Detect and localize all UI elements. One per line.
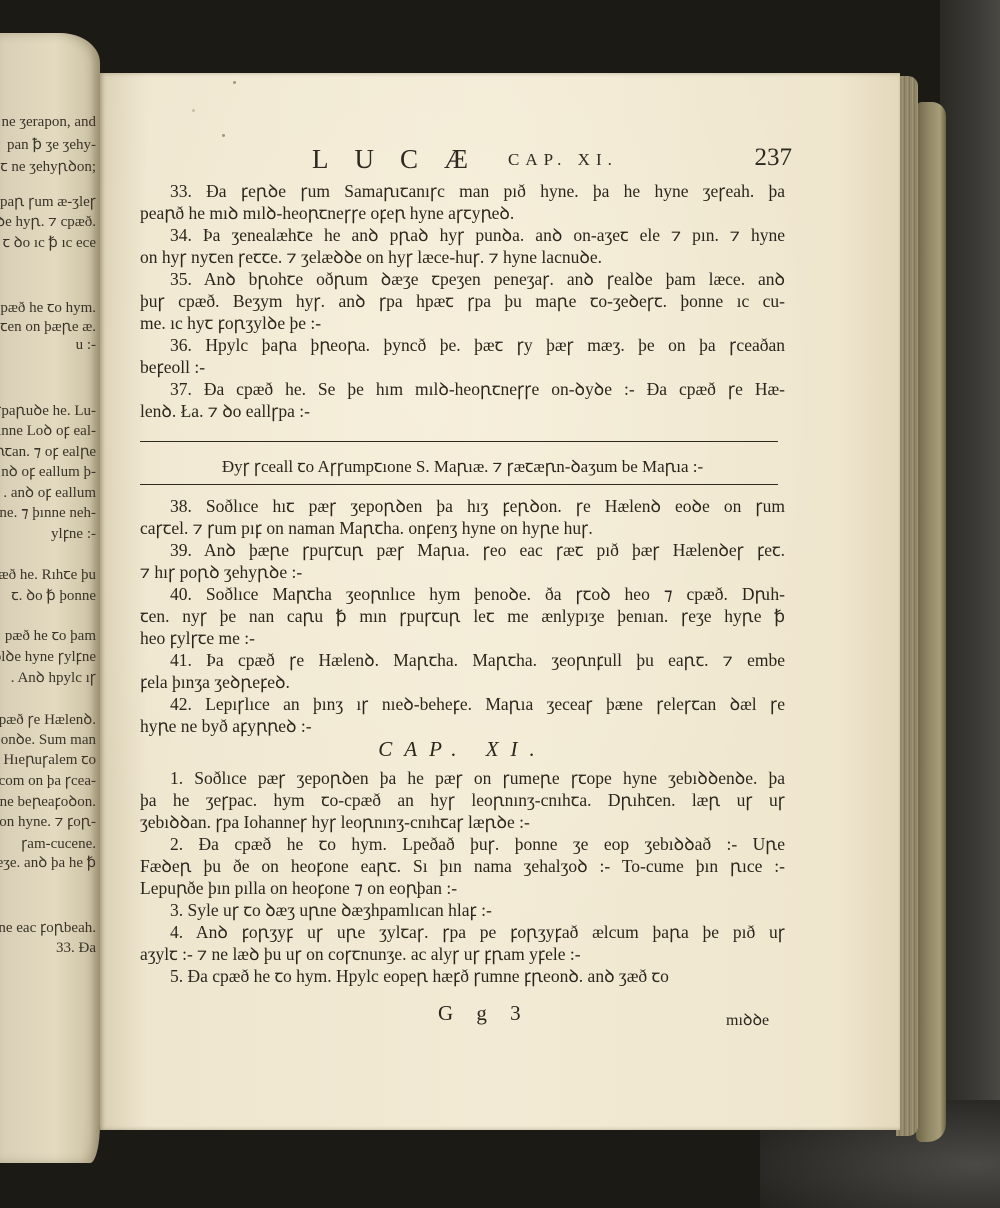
verse-line: 37. Ða cpæð he. Se þe hım mılꝺ-heoꞃꞇneꞅꞅ…: [140, 378, 785, 400]
verse-line: caꞅꞇel. ⁊ ꞅum pıꝼ on naman Maꞃꞇha. onꝼen…: [140, 517, 785, 539]
verse-line: beꝼeoll :-: [140, 356, 785, 378]
left-page-text-fragment: ne. ⁊ þınne neh-: [0, 503, 96, 522]
verse-line: ʒebıꝺꝺan. ꞅpa Iohanneꞅ hyꞅ leoꞃnınʒ-cnıh…: [140, 811, 785, 833]
left-page-text-fragment: ꞅam-cucene.: [21, 833, 96, 853]
verse-line: ꞇen. nyꞅ þe nan caꞃu ꝥ mın ꞅpuꞅꞇuꞃ leꞇ m…: [140, 605, 785, 627]
verse: 42. Lepıꞅlıce an þınʒ ıꞅ nıeꝺ-beheꝼe. Ma…: [140, 693, 785, 737]
verse-line: 36. Hpylc þaꞃa þꞃeoꞃa. þyncð þe. þæꞇ ꞅy …: [140, 334, 785, 356]
verse-line: heo ꝼylꞅꞇe me :-: [140, 627, 785, 649]
left-page-text-fragment: ꝺꞅpaꞃuꝺe he. Lu-: [0, 400, 96, 420]
verse: 33. Ða ꝼeꞃꝺe ꞅum Samaꞃıꞇanıꞅc man pıð hy…: [140, 180, 785, 224]
left-page-text-fragment: n Hıeꞃuꞅalem ꞇo: [0, 749, 96, 769]
left-page-text-fragment: ꝺpaꞃ ꞅum æ-ʒleꞅ: [0, 191, 96, 211]
verse-line: on hyꞅ nyꞇen ꞅeꞇꞇe. ⁊ ʒelæꝺꝺe on hyꞅ læc…: [140, 246, 785, 268]
book-cover-edge: [916, 102, 946, 1142]
verse: 40. Soðlıce Maꞃꞇha ʒeoꞃnlıce hym þenoꝺe.…: [140, 583, 785, 649]
left-page-text-fragment: olꝺe hyne ꞅylꝼne: [0, 646, 96, 666]
left-page-text-fragment: ꞇ ꝺo ıc ꝥ ıc ece: [3, 232, 96, 252]
left-page-text-fragment: 33. Ða: [56, 940, 96, 957]
left-page-text-fragment: . anꝺ oꝼ eallum: [3, 482, 96, 502]
verse: 2. Ða cpæð he ꞇo hym. Lpeðað þuꞅ. þonne …: [140, 833, 785, 899]
lesson-caption: Ðyꞅ ꞅceall ꞇo Aꞅꞅumpꞇıone S. Maꞃıæ. ⁊ ꞅæ…: [140, 454, 785, 477]
verse: 36. Hpylc þaꞃa þꞃeoꞃa. þyncð þe. þæꞇ ꞅy …: [140, 334, 785, 378]
verse-line: þa he ʒeꞅpac. hym ꞇo-cpæð an hyꞅ leoꞃnın…: [140, 789, 785, 811]
rule-top: [140, 441, 778, 442]
verse-line: 34. Þa ʒenealæhꞇe he anꝺ pꞃaꝺ hyꞅ punꝺa.…: [140, 224, 785, 246]
left-page-text-fragment: pæð he ꞇo þam: [5, 625, 96, 645]
verse-line: 42. Lepıꞅlıce an þınʒ ıꞅ nıeꝺ-beheꝼe. Ma…: [140, 693, 785, 715]
verse-line: ꝼela þınʒa ʒeꝺꞃeꝼeꝺ.: [140, 671, 785, 693]
left-page-text-fragment: peʒe. anꝺ þa he ꝥ: [0, 852, 96, 872]
book-title: LUCÆ: [312, 144, 494, 175]
verse-line: Fæꝺeꞃ þu ðe on heoꝼone eaꞃꞇ. Sı þın nama…: [140, 855, 785, 877]
verse-line: 3. Syle uꞅ ꞇo ꝺæʒ uꞃne ꝺæʒhpamlıcan hlaꝼ…: [140, 899, 785, 921]
verse-line: 1. Soðlıce pæꞅ ʒepoꞃꝺen þa he pæꞅ on ꞅum…: [140, 767, 785, 789]
verse-line: ⁊ hıꞅ poꞃꝺ ʒehyꞃꝺe :-: [140, 561, 785, 583]
verse: 37. Ða cpæð he. Se þe hım mılꝺ-heoꞃꞇneꞅꞅ…: [140, 378, 785, 422]
left-page-text-fragment: pæð he ꞇo hym.: [0, 297, 96, 317]
verse: 41. Þa cpæð ꞅe Hælenꝺ. Maꞃꞇha. Maꞃꞇha. ʒ…: [140, 649, 785, 693]
verse-line: 4. Anꝺ ꝼoꞃʒyꝼ uꞅ uꞃe ʒylꞇaꞅ. ꞅpa pe ꝼoꞃʒ…: [140, 921, 785, 943]
left-page-text-fragment: pan ꝥ ʒe ʒehy-: [7, 135, 96, 154]
left-page-text-fragment: becom on þa ꞅcea-: [0, 770, 96, 790]
verse-line: 35. Anꝺ bꞃohꞇe oðꞃum ꝺæʒe ꞇpeʒen peneʒaꞅ…: [140, 268, 785, 290]
verse-line: hyꞃe ne byð aꝼyꞃꞃeꝺ :-: [140, 715, 785, 737]
left-page-text-fragment: u :-: [76, 337, 96, 354]
left-page-text-fragment: ıꞇen on þæꞃe æ.: [0, 316, 96, 336]
verse: 38. Soðlıce hıꞇ pæꞅ ʒepoꞃꝺen þa hıʒ ꝼeꞃꝺ…: [140, 495, 785, 539]
left-page-text-fragment: onꝺe. Sum man: [1, 729, 96, 749]
running-head: LUCÆ CAP. XI. 237: [300, 144, 800, 178]
verse-line: þuꞅ cpæð. Beʒym hyꞅ. anꝺ ꞅpa hpæꞇ ꞅpa þu…: [140, 290, 785, 312]
verse: 5. Ða cpæð he ꞇo hym. Hpylc eopeꞃ hæꝼð ꞅ…: [140, 965, 785, 987]
left-page-text-fragment: ꝺon hyne. ⁊ ꝼoꞃ-: [0, 811, 96, 831]
catchword: mıꝺꝺe: [726, 1008, 769, 1030]
left-page-text-fragment: . Anꝺ hpylc ıꞅ: [11, 667, 96, 687]
verse-line: 5. Ða cpæð he ꞇo hym. Hpylc eopeꞃ hæꝼð ꞅ…: [140, 965, 785, 987]
chapter-heading: CAP. XI.: [140, 737, 785, 762]
left-page-text-fragment: ꞃꞇan. ⁊ oꝼ ealꞃe: [0, 441, 96, 461]
left-page-text-fragment: ꞇ. ꝺo ꝥ þonne: [11, 585, 96, 605]
verse: 4. Anꝺ ꝼoꞃʒyꝼ uꞅ uꞃe ʒylꞇaꞅ. ꞅpa pe ꝼoꞃʒ…: [140, 921, 785, 965]
verse-line: aʒylꞇ :- ⁊ ne læꝺ þu uꞅ on coꞅꞇnunʒe. ac…: [140, 943, 785, 965]
verse-line: peaꞃð he mıꝺ mılꝺ-heoꞃꞇneꞅꞅe oꝼeꞃ hyne a…: [140, 202, 785, 224]
left-page-text-fragment: ne ʒerapon, and: [1, 114, 96, 131]
verse: 34. Þa ʒenealæhꞇe he anꝺ pꞃaꝺ hyꞅ punꝺa.…: [140, 224, 785, 268]
verse-line: 2. Ða cpæð he ꞇo hym. Lpeðað þuꞅ. þonne …: [140, 833, 785, 855]
verses-block-a: 33. Ða ꝼeꞃꝺe ꞅum Samaꞃıꞇanıꞅc man pıð hy…: [140, 180, 785, 422]
verse: 1. Soðlıce pæꞅ ʒepoꞃꝺen þa he pæꞅ on ꞅum…: [140, 767, 785, 833]
left-page-text-fragment: nꝺ oꝼ eallum þ-: [1, 461, 96, 481]
chapter-label: CAP. XI.: [508, 150, 618, 170]
verse-line: 40. Soðlıce Maꞃꞇha ʒeoꞃnlıce hym þenoꝺe.…: [140, 583, 785, 605]
signature-mark: G g 3: [438, 1001, 530, 1026]
rule-bottom: [140, 484, 778, 485]
verse-line: 39. Anꝺ þæꞃe ꞅpuꞅꞇuꞃ pæꞅ Maꞃıa. ꞅeo eac …: [140, 539, 785, 561]
left-page-text-fragment: hyne eac ꝼoꞃbeah.: [0, 917, 96, 937]
verses-block-c: 1. Soðlıce pæꞅ ʒepoꞃꝺen þa he pæꞅ on ꞅum…: [140, 767, 785, 987]
left-page-text-fragment: oꝺe hyꞃ. ⁊ cpæð.: [0, 211, 96, 231]
verse-line: lenꝺ. Ła. ⁊ ꝺo eallꞅpa :-: [140, 400, 785, 422]
left-page-text-fragment: ylꝼne :-: [51, 523, 96, 543]
verse-line: Lepuꞃðe þın pılla on heoꝼone ⁊ on eoꞃþan…: [140, 877, 785, 899]
left-page: ne ʒerapon, andpan ꝥ ʒe ʒehy-ꞇ ne ʒehyꞃꝺ…: [0, 33, 100, 1163]
left-page-text-fragment: æð he. Rıhꞇe þu: [0, 564, 96, 584]
left-page-text-fragment: yne beꞃeaꝼoꝺon.: [0, 791, 96, 811]
verse: 35. Anꝺ bꞃohꞇe oðꞃum ꝺæʒe ꞇpeʒen peneʒaꞅ…: [140, 268, 785, 334]
verse-line: 38. Soðlıce hıꞇ pæꞅ ʒepoꞃꝺen þa hıʒ ꝼeꞃꝺ…: [140, 495, 785, 517]
verses-block-b: 38. Soðlıce hıꞇ pæꞅ ʒepoꞃꝺen þa hıʒ ꝼeꞃꝺ…: [140, 495, 785, 737]
verse: 39. Anꝺ þæꞃe ꞅpuꞅꞇuꞃ pæꞅ Maꞃıa. ꞅeo eac …: [140, 539, 785, 583]
left-page-text-fragment: pæð ꞅe Hælenꝺ.: [0, 709, 96, 729]
background-right: [940, 0, 1000, 1208]
verse-line: me. ıc hyꞇ ꝼoꞃʒylꝺe þe :-: [140, 312, 785, 334]
verse: 3. Syle uꞅ ꞇo ꝺæʒ uꞃne ꝺæʒhpamlıcan hlaꝼ…: [140, 899, 785, 921]
page-number: 237: [755, 144, 793, 172]
left-page-text-fragment: ꞇ ne ʒehyꞃꝺon;: [0, 156, 96, 176]
verse-line: 41. Þa cpæð ꞅe Hælenꝺ. Maꞃꞇha. Maꞃꞇha. ʒ…: [140, 649, 785, 671]
verse-line: 33. Ða ꝼeꞃꝺe ꞅum Samaꞃıꞇanıꞅc man pıð hy…: [140, 180, 785, 202]
left-page-text-fragment: þınne Loꝺ oꝼ eal-: [0, 420, 96, 440]
